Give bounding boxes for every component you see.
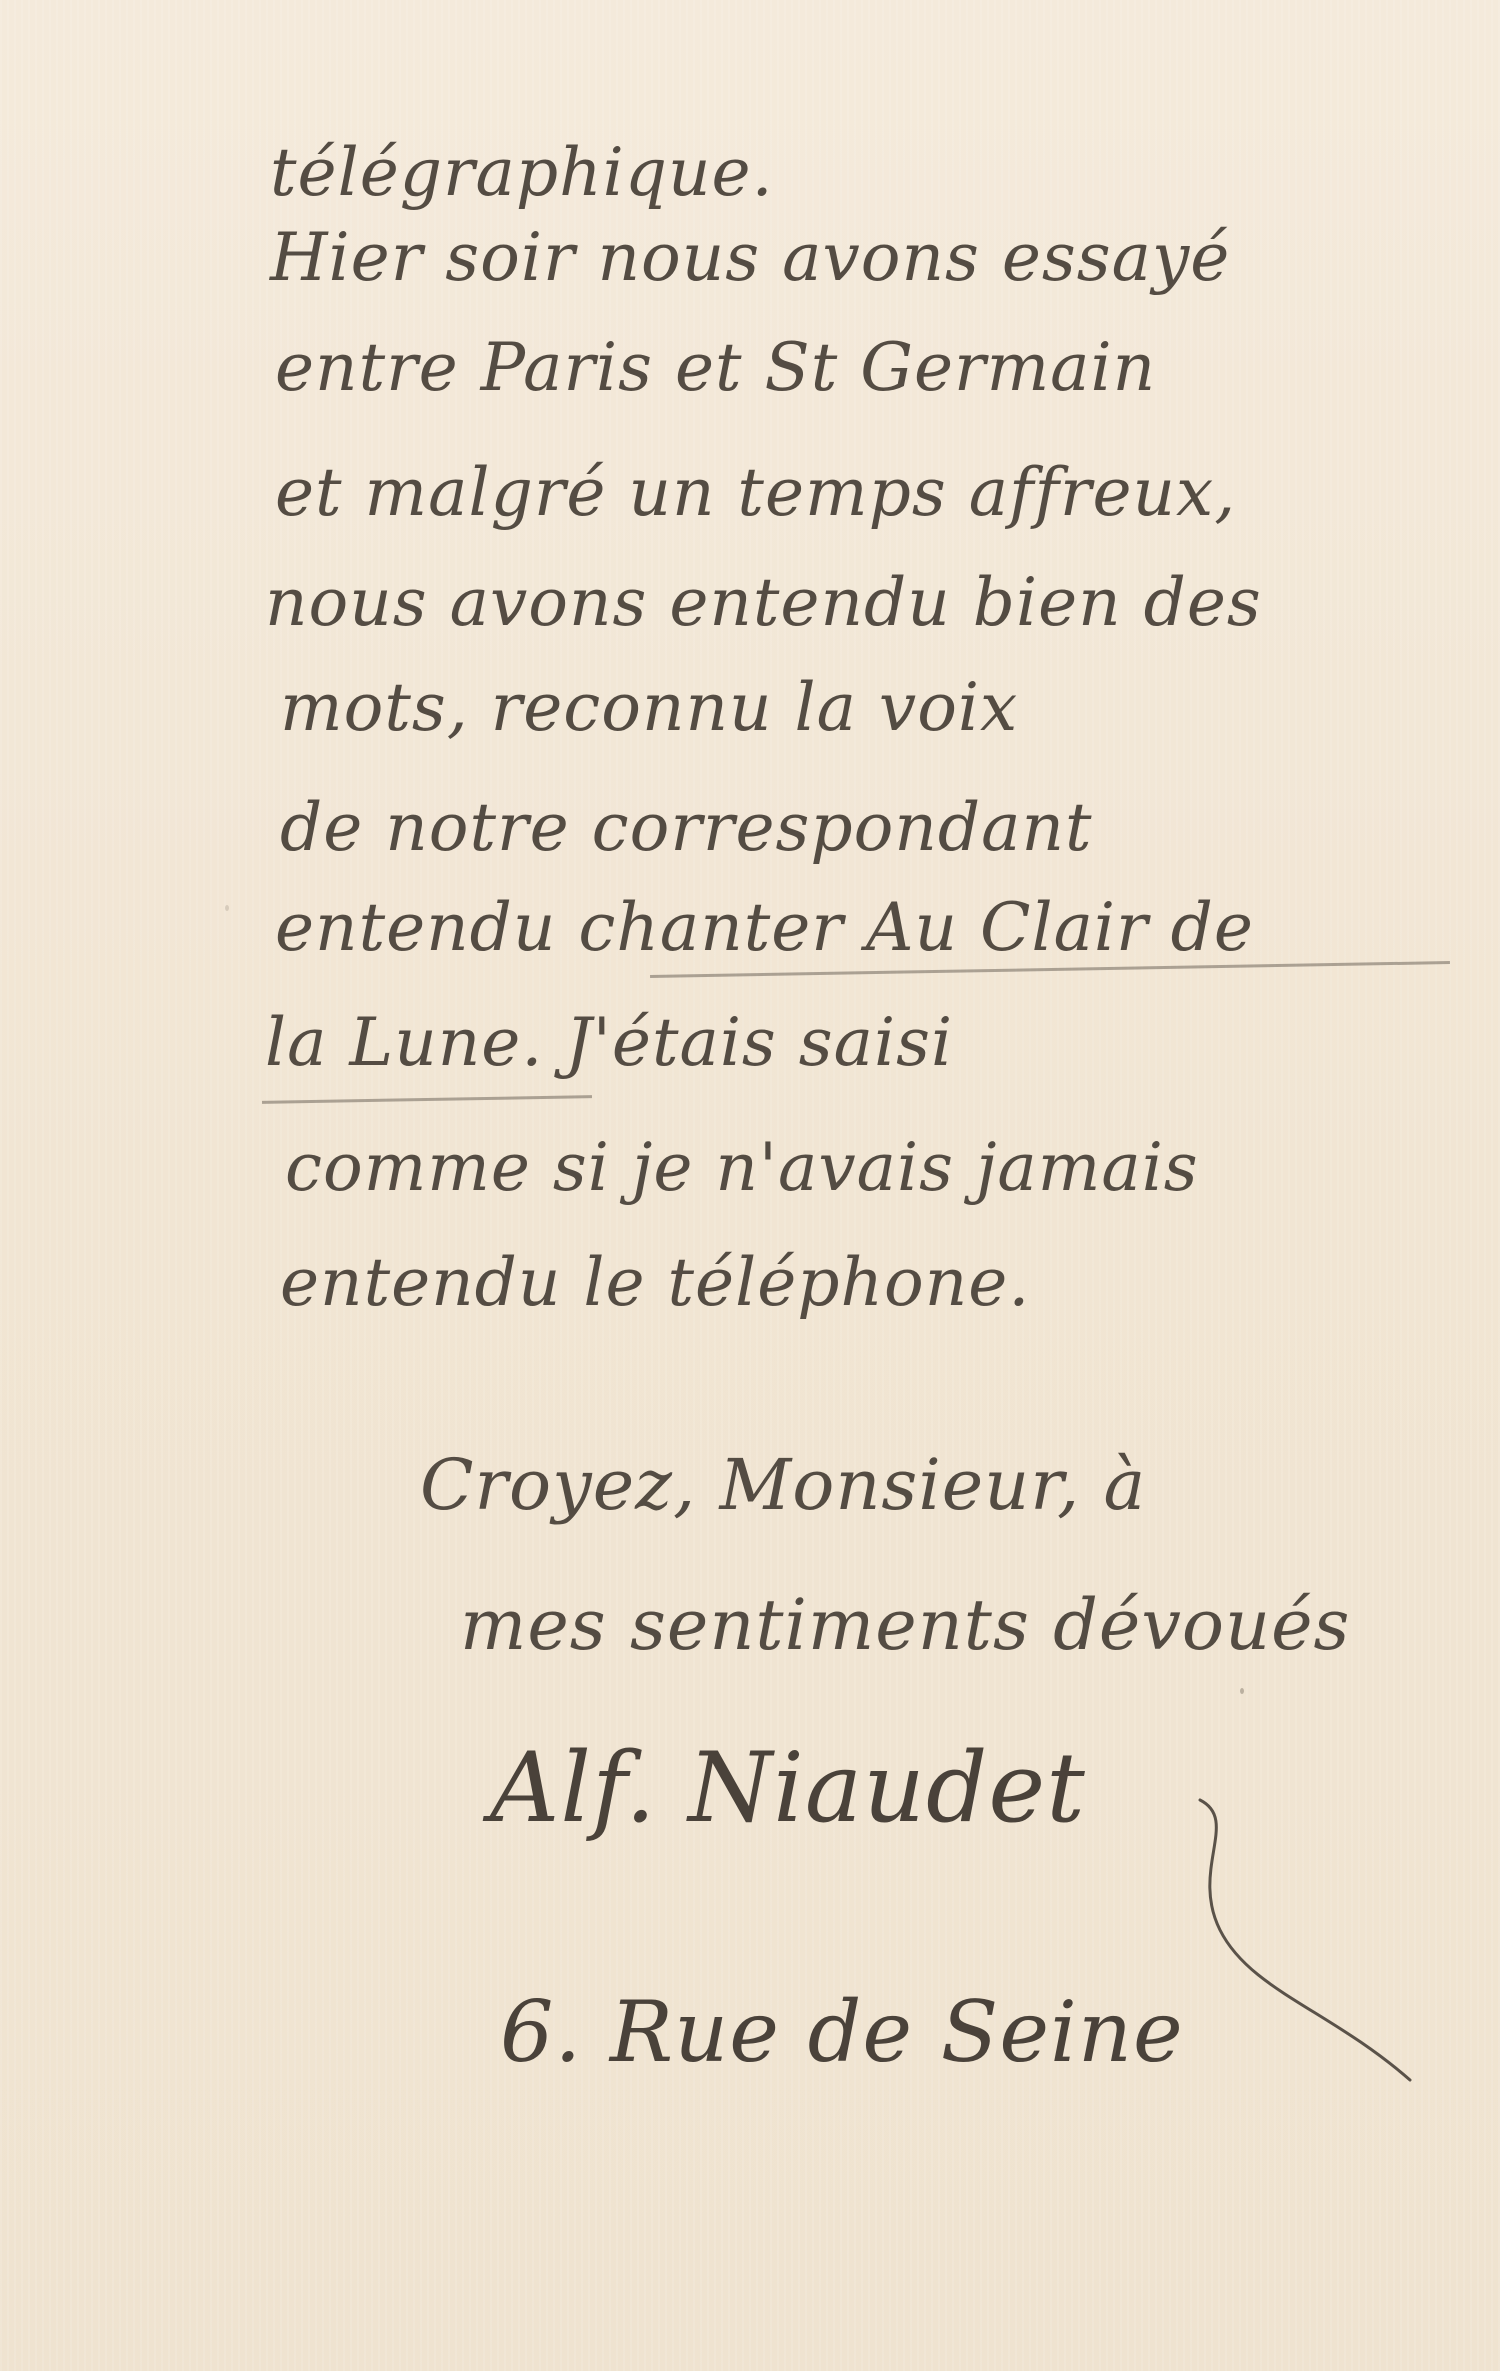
- line-8-text: entendu chanter Au Clair de: [275, 889, 1254, 966]
- paper-speck: [225, 905, 229, 911]
- letter-line-1: télégraphique.: [270, 140, 774, 206]
- letter-line-11: entendu le téléphone.: [280, 1250, 1030, 1316]
- letter-line-7: de notre correspondant: [280, 795, 1093, 861]
- closing-line-2: mes sentiments dévoués: [460, 1590, 1350, 1660]
- letter-line-4: et malgré un temps affreux,: [275, 460, 1236, 526]
- closing-line-1: Croyez, Monsieur, à: [420, 1450, 1146, 1520]
- letter-line-5: nous avons entendu bien des: [265, 570, 1262, 636]
- letter-line-2: Hier soir nous avons essayé: [270, 225, 1230, 291]
- underline-la-lune: [262, 1095, 592, 1104]
- letter-line-10: comme si je n'avais jamais: [285, 1135, 1199, 1201]
- letter-line-6: mots, reconnu la voix: [280, 675, 1018, 741]
- letter-line-9: la Lune. J'étais saisi: [265, 1010, 953, 1076]
- paper-speck: [1240, 1688, 1244, 1694]
- letter-line-8: entendu chanter Au Clair de: [275, 895, 1254, 961]
- signature-flourish-icon: [1180, 1780, 1440, 2100]
- letter-line-3: entre Paris et St Germain: [275, 335, 1156, 401]
- address: 6. Rue de Seine: [500, 1990, 1184, 2074]
- letter-page: télégraphique. Hier soir nous avons essa…: [0, 0, 1500, 2371]
- signature: Alf. Niaudet: [490, 1740, 1086, 1836]
